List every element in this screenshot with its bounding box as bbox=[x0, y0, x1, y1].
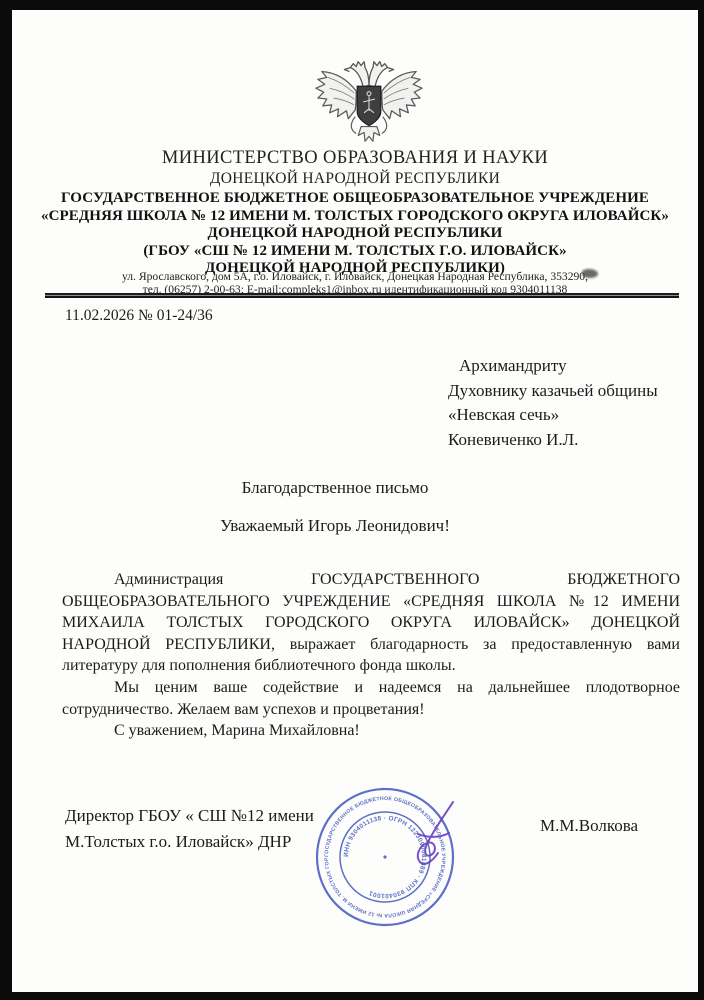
dnr-coat-of-arms-icon bbox=[310, 55, 428, 147]
salutation: Уважаемый Игорь Леонидович! bbox=[12, 516, 658, 536]
body-paragraph: Мы ценим ваше содействие и надеемся на д… bbox=[62, 677, 680, 720]
org-line: ГОСУДАРСТВЕННОЕ БЮДЖЕТНОЕ ОБЩЕОБРАЗОВАТЕ… bbox=[12, 190, 698, 208]
header-divider bbox=[45, 293, 679, 298]
body-paragraph: Администрация ГОСУДАРСТВЕННОГО БЮДЖЕТНОГ… bbox=[62, 569, 680, 677]
letter-body: Администрация ГОСУДАРСТВЕННОГО БЮДЖЕТНОГ… bbox=[62, 569, 680, 742]
scanned-letter: МИНИСТЕРСТВО ОБРАЗОВАНИЯ И НАУКИ ДОНЕЦКО… bbox=[0, 0, 704, 1000]
recipient-block: Архимандриту Духовнику казачьей общины «… bbox=[448, 354, 658, 452]
official-round-stamp: ГОСУДАРСТВЕННОЕ БЮДЖЕТНОЕ ОБЩЕОБРАЗОВАТЕ… bbox=[300, 772, 470, 942]
letter-title: Благодарственное письмо bbox=[12, 478, 658, 498]
signer-name: М.М.Волкова bbox=[540, 816, 638, 836]
recipient-line: Архимандриту bbox=[459, 354, 658, 379]
recipient-line: Коневиченко И.Л. bbox=[448, 428, 658, 453]
recipient-line: «Невская сечь» bbox=[448, 403, 658, 428]
letter-title-block: Благодарственное письмо Уважаемый Игорь … bbox=[12, 478, 698, 536]
ministry-republic: ДОНЕЦКОЙ НАРОДНОЙ РЕСПУБЛИКИ bbox=[12, 170, 698, 188]
org-line: (ГБОУ «СШ № 12 ИМЕНИ М. ТОЛСТЫХ Г.О. ИЛО… bbox=[12, 243, 698, 261]
ministry-name: МИНИСТЕРСТВО ОБРАЗОВАНИЯ И НАУКИ bbox=[12, 148, 698, 169]
letter-page: МИНИСТЕРСТВО ОБРАЗОВАНИЯ И НАУКИ ДОНЕЦКО… bbox=[12, 10, 698, 992]
scan-artifact bbox=[582, 269, 598, 278]
org-line: ДОНЕЦКОЙ НАРОДНОЙ РЕСПУБЛИКИ bbox=[12, 225, 698, 243]
date-and-reference-number: 11.02.2026 № 01-24/36 bbox=[65, 307, 213, 325]
recipient-line: Духовнику казачьей общины bbox=[448, 379, 658, 404]
signer-position-line: М.Толстых г.о. Иловайск» ДНР bbox=[65, 829, 314, 855]
organization-name-block: ГОСУДАРСТВЕННОЕ БЮДЖЕТНОЕ ОБЩЕОБРАЗОВАТЕ… bbox=[12, 190, 698, 278]
signer-position-block: Директор ГБОУ « СШ №12 имени М.Толстых г… bbox=[65, 803, 314, 854]
closing-line: С уважением, Марина Михайловна! bbox=[62, 720, 680, 742]
org-line: «СРЕДНЯЯ ШКОЛА № 12 ИМЕНИ М. ТОЛСТЫХ ГОР… bbox=[12, 208, 698, 226]
signer-position-line: Директор ГБОУ « СШ №12 имени bbox=[65, 803, 314, 829]
